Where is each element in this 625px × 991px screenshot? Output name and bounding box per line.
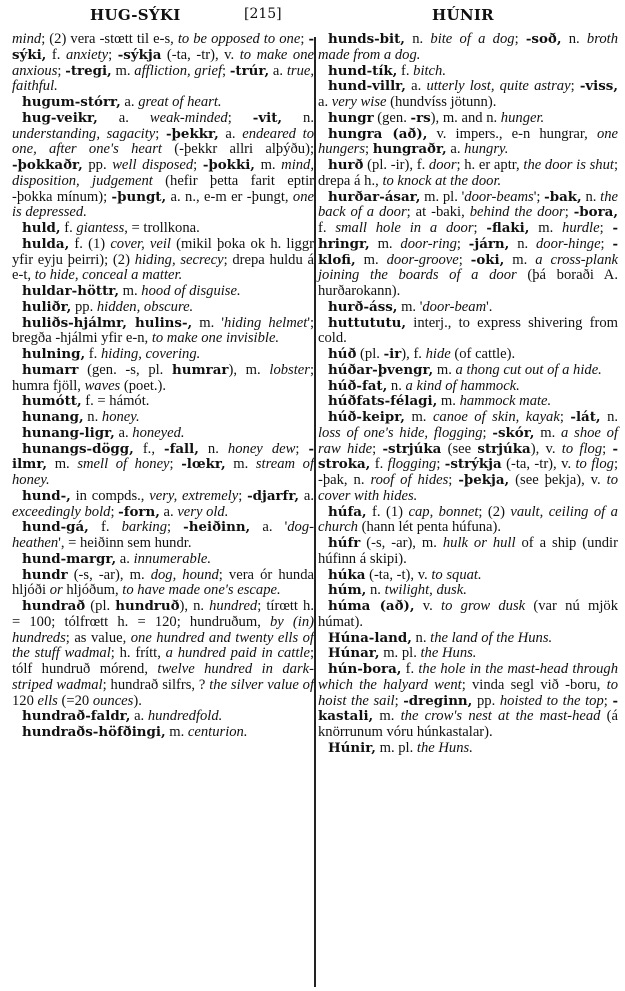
headword: humótt, (22, 393, 82, 409)
gloss: hidden, obscure. (97, 299, 193, 315)
headword: hundrað-faldr, (22, 708, 130, 724)
entry-text: ; hundrað silfrs, ? (103, 677, 210, 693)
dictionary-entry: hundraðs-höfðingi, m. centurion. (12, 725, 314, 741)
dictionary-entry: hulda, f. (1) cover, veil (mikil þoka ok… (12, 237, 314, 284)
gloss: hiding helmet (224, 315, 307, 331)
gloss: hundred (209, 598, 257, 614)
entry-text: in compds., (71, 488, 149, 504)
entry-text: pp. (83, 157, 112, 173)
entry-text: m. ' (397, 299, 422, 315)
entry-text: m. (370, 236, 401, 252)
entry-text: (see (441, 441, 477, 457)
gloss: giantess (76, 220, 124, 236)
headword: -sýkja (118, 47, 162, 63)
entry-text: (pl. -ir), f. (363, 157, 428, 173)
dictionary-entry: húm, n. twilight, dusk. (318, 583, 618, 599)
gloss: hulk or hull (443, 535, 516, 551)
entry-text: (see þekja), v. (509, 472, 606, 488)
entry-text: n. (601, 409, 618, 425)
gloss: very old. (177, 504, 228, 520)
gloss: a kind of hammock. (406, 378, 520, 394)
headword: -þekja, (458, 472, 509, 488)
headword: -trúr, (230, 63, 269, 79)
entry-text: f. (61, 220, 77, 236)
entry-text: (-ta, -t), v. (365, 567, 431, 583)
entry-text: ; (600, 220, 613, 236)
gloss: great of heart. (138, 94, 221, 110)
dictionary-entry: hundrað-faldr, a. hundredfold. (12, 709, 314, 725)
gloss: hungry. (464, 141, 508, 157)
entry-text: n. (282, 110, 314, 126)
headword: hund-margr, (22, 551, 116, 567)
entry-text: a. (98, 110, 150, 126)
gloss: honey dew (228, 441, 295, 457)
gloss: twilight, dusk. (385, 582, 467, 598)
headword: Húnar, (328, 645, 380, 661)
gloss: the crow's nest at the mast-head (401, 708, 601, 724)
entry-text: m. ' (192, 315, 224, 331)
entry-text: (gen. -s, pl. (78, 362, 172, 378)
gloss: hundredfold. (148, 708, 222, 724)
entry-text: ), m. and n. (431, 110, 501, 126)
gloss: door-hinge (536, 236, 601, 252)
gloss: to make one invisible. (152, 330, 279, 346)
entry-text: (-s, -ar), m. (360, 535, 443, 551)
entry-text: (hundvíss jötunn). (387, 94, 497, 110)
entry-text: n. (509, 236, 536, 252)
dictionary-entry: hugum-stórr, a. great of heart. (12, 95, 314, 111)
entry-text: (-ta, -tr), v. (161, 47, 239, 63)
entry-text: ; (2) vera -stœtt til e-s, (41, 31, 178, 47)
entry-text: hljóðum, (63, 582, 123, 598)
headword: hund-, (22, 488, 71, 504)
entry-text: m. (405, 409, 433, 425)
entry-text: m. pl. (376, 740, 417, 756)
entry-text: ; (372, 441, 382, 457)
gloss: hiding, secrecy (135, 252, 224, 268)
gloss: hammock mate. (460, 393, 552, 409)
dictionary-entry: hund-tík, f. bitch. (318, 64, 618, 80)
headword: huld, (22, 220, 61, 236)
entry-text: a. ' (250, 519, 287, 535)
entry-text: ; (193, 157, 203, 173)
entry-text: n. (387, 378, 405, 394)
gloss: the Huns. (421, 645, 477, 661)
entry-text: f., (134, 441, 164, 457)
headword: hungra (að), (328, 126, 427, 142)
entry-text: a. (115, 425, 132, 441)
dictionary-entry: húma (að), v. to grow dusk (var nú mjök … (318, 599, 618, 631)
entry-text: ; (295, 441, 308, 457)
headword: húka (328, 567, 365, 583)
dictionary-entry: hund-villr, a. utterly lost, quite astra… (318, 79, 618, 111)
entry-text: m. (255, 157, 281, 173)
entry-text: ; (155, 126, 166, 142)
gloss: mind (12, 31, 41, 47)
headword: hundraðs-höfðingi, (22, 724, 166, 740)
headword: -heiðinn, (183, 519, 250, 535)
gloss: understanding, sagacity (12, 126, 155, 142)
headword: hundrað (22, 598, 85, 614)
entry-text: m. (534, 425, 561, 441)
dictionary-entry: huliðs-hjálmr, hulins-, m. 'hiding helme… (12, 316, 314, 348)
headword: huttututu, (328, 315, 406, 331)
gloss: ounces (93, 693, 134, 709)
headword: hungr (328, 110, 374, 126)
headword: -þokki, (203, 157, 255, 173)
headword: -forn, (118, 504, 160, 520)
gloss: dog, hound (151, 567, 219, 583)
headword: -lœkr, (181, 456, 225, 472)
headword: -ir (384, 346, 402, 362)
gloss: utterly lost, quite astray (426, 78, 570, 94)
dictionary-page: HUG-SÝKI [215] HÚNIR mind; (2) vera -stœ… (0, 0, 625, 991)
gloss: weak-minded (150, 110, 228, 126)
dictionary-entry: hug-veikr, a. weak-minded; -vit, n. unde… (12, 111, 314, 221)
headword: hundruð (115, 598, 179, 614)
entry-text: m. (166, 724, 188, 740)
entry-text: v. impers., e-n hungrar, (427, 126, 597, 142)
dictionary-entry: húðfats-félagi, m. hammock mate. (318, 394, 618, 410)
gloss: very, extremely (149, 488, 238, 504)
gloss: door-ring (400, 236, 456, 252)
column-divider (314, 37, 316, 987)
headword: húma (að), (328, 598, 415, 614)
entry-text: ; (601, 236, 613, 252)
entry-text: ; (238, 488, 247, 504)
gloss: a thong cut out of a hide. (456, 362, 602, 378)
entry-text: ; (483, 425, 493, 441)
entry-text: ; (365, 141, 373, 157)
headword: -soð, (526, 31, 562, 47)
running-head-left: HUG-SÝKI (90, 6, 181, 24)
headword: húfa, (328, 504, 367, 520)
entry-text: ), m. (228, 362, 269, 378)
gloss: flogging (388, 456, 437, 472)
running-head-right: HÚNIR (432, 6, 494, 24)
entry-text: ; (571, 78, 580, 94)
dictionary-entry: hulning, f. hiding, covering. (12, 347, 314, 363)
headword: hunds-bit, (328, 31, 405, 47)
headword: -dreginn, (403, 693, 472, 709)
gloss: door-beam (422, 299, 486, 315)
gloss: loss of one's hide, flogging (318, 425, 483, 441)
gloss: hood of disguise. (141, 283, 240, 299)
entry-text: m. (437, 393, 459, 409)
gloss: small hole in a door (335, 220, 473, 236)
entry-text: f. (397, 63, 413, 79)
headword: húð-keipr, (328, 409, 405, 425)
entry-text: (poet.). (120, 378, 166, 394)
entry-text: (gen. (374, 110, 411, 126)
entry-text: m. (119, 283, 141, 299)
gloss: anxiety (66, 47, 108, 63)
dictionary-entry: Húnar, m. pl. the Huns. (318, 646, 618, 662)
dictionary-entry: huttututu, interj., to express shivering… (318, 316, 618, 348)
gloss: lobster (269, 362, 310, 378)
dictionary-entry: húð-fat, n. a kind of hammock. (318, 379, 618, 395)
headword: humrar (172, 362, 228, 378)
gloss: cover, veil (110, 236, 171, 252)
dictionary-entry: húfa, f. (1) cap, bonnet; (2) vault, cei… (318, 505, 618, 537)
headword: húm, (328, 582, 366, 598)
gloss: honeyed. (132, 425, 184, 441)
headword: húðfats-félagi, (328, 393, 437, 409)
gloss: the Huns. (417, 740, 473, 756)
dictionary-entry: hungra (að), v. impers., e-n hungrar, on… (318, 127, 618, 159)
dictionary-entry: hurðar-ásar, m. pl. 'door-beams'; -bak, … (318, 190, 618, 300)
entry-text: m. (433, 362, 455, 378)
dictionary-entry: hundr (-s, -ar), m. dog, hound; vera ór … (12, 568, 314, 600)
dictionary-entry: húð (pl. -ir), f. hide (of cattle). (318, 347, 618, 363)
dictionary-entry: hund-gá, f. barking; -heiðinn, a. 'dog-h… (12, 520, 314, 552)
entry-text: (pl. (85, 598, 115, 614)
entry-text: a. (406, 78, 427, 94)
entry-text: n. (412, 630, 430, 646)
gloss: waves (85, 378, 121, 394)
dictionary-entry: húfr (-s, -ar), m. hulk or hull of a shi… (318, 536, 618, 568)
entry-text: (pl. (356, 346, 383, 362)
entry-text: a. (318, 94, 332, 110)
headword: hurð-áss, (328, 299, 397, 315)
headword: -vit, (253, 110, 282, 126)
entry-text: m. pl. ' (420, 189, 464, 205)
gloss: innumerable. (134, 551, 211, 567)
headword: húð-fat, (328, 378, 387, 394)
gloss: honey. (102, 409, 140, 425)
entry-text: ; vinda segl við -boru, (462, 677, 607, 693)
headword: -fall, (164, 441, 199, 457)
entry-text: (-þekkr allri alþýðu); (162, 141, 314, 157)
entry-text: (hann lét penta húfuna). (358, 519, 501, 535)
headword: -þungt, (112, 189, 167, 205)
entry-text: pp. (472, 693, 500, 709)
entry-text: f. = hámót. (82, 393, 150, 409)
entry-text: ; h. er aptr, (457, 157, 524, 173)
headword: hug-veikr, (22, 110, 98, 126)
dictionary-entry: Húna-land, n. the land of the Huns. (318, 631, 618, 647)
headword: húðar-þvengr, (328, 362, 433, 378)
headword: -strýkja (445, 456, 502, 472)
headword: -tregi, (65, 63, 111, 79)
headword: -rs (411, 110, 431, 126)
headword: humarr (22, 362, 78, 378)
entry-text: m. (47, 456, 77, 472)
headword: huliðr, (22, 299, 71, 315)
entry-text: pp. (71, 299, 97, 315)
dictionary-entry: hunangs-dögg, f., -fall, n. honey dew; -… (12, 442, 314, 489)
entry-text: a. (269, 63, 287, 79)
headword: Húna-land, (328, 630, 412, 646)
gloss: hide (426, 346, 451, 362)
entry-continuation: mind; (2) vera -stœtt til e-s, to be opp… (12, 32, 314, 95)
dictionary-entry: huldar-höttr, m. hood of disguise. (12, 284, 314, 300)
gloss: exceedingly bold (12, 504, 110, 520)
entry-text: ; (474, 220, 487, 236)
dictionary-entry: humótt, f. = hámót. (12, 394, 314, 410)
entry-text: ; (395, 693, 404, 709)
gloss: roof of hides (370, 472, 448, 488)
headword: hulda, (22, 236, 69, 252)
entry-text: n. (582, 189, 600, 205)
headword: húfr (328, 535, 360, 551)
dictionary-entry: hurð (pl. -ir), f. door; h. er aptr, the… (318, 158, 618, 190)
entry-text: ), n. (180, 598, 210, 614)
headword: -skór, (492, 425, 534, 441)
entry-text: f. (401, 661, 418, 677)
entry-text: f. (46, 47, 66, 63)
entry-text: (=20 (58, 693, 93, 709)
gloss: bitch. (413, 63, 446, 79)
gloss: to flog (562, 441, 602, 457)
gloss: the silver value of (209, 677, 314, 693)
gloss: to flog (576, 456, 614, 472)
headword: -lát, (570, 409, 600, 425)
dictionary-entry: hundrað (pl. hundruð), n. hundred; tírœt… (12, 599, 314, 709)
headword: -bora, (574, 204, 618, 220)
gloss: ells (38, 693, 58, 709)
gloss: hoisted to the top (500, 693, 604, 709)
entry-text: a. (219, 126, 242, 142)
gloss: hiding, covering. (101, 346, 200, 362)
headword: hulning, (22, 346, 85, 362)
entry-text: ; (602, 441, 612, 457)
entry-text: f. (85, 346, 101, 362)
entry-text: ), v. (531, 441, 562, 457)
gloss: to squat. (431, 567, 481, 583)
entry-text: ). (133, 693, 142, 709)
entry-text: f. (370, 456, 387, 472)
entry-text: (of cattle). (451, 346, 515, 362)
dictionary-entry: hurð-áss, m. 'door-beam'. (318, 300, 618, 316)
entry-text: m. pl. (380, 645, 421, 661)
headword: hungraðr, (373, 141, 447, 157)
gloss: centurion. (188, 724, 248, 740)
gloss: to have made one's escape. (122, 582, 280, 598)
gloss: well disposed (112, 157, 193, 173)
entry-text: n. (366, 582, 384, 598)
entry-text: 120 (12, 693, 38, 709)
headword: -strjúka (382, 441, 441, 457)
entry-text: (-ta, -tr), v. (502, 456, 576, 472)
gloss: or (50, 582, 63, 598)
headword: hundr (22, 567, 68, 583)
entry-text: n. (405, 31, 430, 47)
gloss: canoe of skin, kayak (433, 409, 560, 425)
dictionary-entry: húka (-ta, -t), v. to squat. (318, 568, 618, 584)
dictionary-entry: húðar-þvengr, m. a thong cut out of a hi… (318, 363, 618, 379)
left-column: mind; (2) vera -stœtt til e-s, to be opp… (12, 32, 314, 741)
headword: hund-tík, (328, 63, 397, 79)
entry-text: ; (459, 252, 471, 268)
entry-text: ; (222, 63, 230, 79)
dictionary-entry: Húnir, m. pl. the Huns. (318, 741, 618, 757)
headword: hurðar-ásar, (328, 189, 420, 205)
headword: hunang, (22, 409, 84, 425)
headword: hugum-stórr, (22, 94, 121, 110)
entry-text: '. (486, 299, 492, 315)
headword: -bak, (544, 189, 582, 205)
gloss: behind the door (470, 204, 565, 220)
dictionary-entry: hund-, in compds., very, extremely; -dja… (12, 489, 314, 521)
entry-text: ; (560, 409, 571, 425)
entry-text: m. (226, 456, 256, 472)
headword: strjúka (477, 441, 530, 457)
entry-text: f. (1) (69, 236, 110, 252)
gloss: very wise (332, 94, 387, 110)
dictionary-entry: humarr (gen. -s, pl. humrar), m. lobster… (12, 363, 314, 395)
headword: -viss, (580, 78, 618, 94)
headword: hund-villr, (328, 78, 406, 94)
right-column: hunds-bit, n. bite of a dog; -soð, n. br… (318, 32, 618, 757)
gloss: door-beams (464, 189, 533, 205)
entry-text: ; (167, 519, 183, 535)
entry-text: ; (565, 204, 574, 220)
entry-text: m. (112, 63, 135, 79)
headword: -flaki, (486, 220, 529, 236)
entry-text: ; h. frítt, (111, 645, 166, 661)
gloss: door (429, 157, 457, 173)
headword: -þekkr, (166, 126, 219, 142)
entry-text: ; (2) (478, 504, 510, 520)
entry-text: a. (130, 708, 147, 724)
headword: -járn, (469, 236, 510, 252)
entry-text: v. (415, 598, 442, 614)
entry-text: n. (561, 31, 586, 47)
headword: hunang-ligr, (22, 425, 115, 441)
headword: húð (328, 346, 356, 362)
gloss: barking (122, 519, 167, 535)
page-number: [215] (244, 6, 282, 22)
entry-text: ; (515, 31, 526, 47)
entry-text: n. (199, 441, 228, 457)
entry-text: ), f. (401, 346, 425, 362)
gloss: a hundred paid in cattle (166, 645, 310, 661)
gloss: the door is shut (523, 157, 614, 173)
entry-text: ; (228, 110, 253, 126)
entry-text: (-s, -ar), m. (68, 567, 151, 583)
entry-text: a. (447, 141, 464, 157)
gloss: the land of the Huns. (430, 630, 552, 646)
gloss: hunger. (501, 110, 544, 126)
entry-text: ; (457, 236, 469, 252)
gloss: to hide, conceal a matter. (35, 267, 183, 283)
entry-text: a. (116, 551, 133, 567)
entry-text: m. (529, 220, 562, 236)
running-head: HUG-SÝKI [215] HÚNIR (0, 4, 625, 26)
entry-text: ; (108, 47, 118, 63)
entry-text: m. (356, 252, 387, 268)
entry-text: ; at -baki, (407, 204, 470, 220)
headword: hunangs-dögg, (22, 441, 134, 457)
dictionary-entry: hungr (gen. -rs), m. and n. hunger. (318, 111, 618, 127)
gloss: cap, bonnet (409, 504, 479, 520)
gloss: affliction, grief (134, 63, 222, 79)
gloss: door-groove (387, 252, 459, 268)
entry-text: ', = heiðinn sem hundr. (58, 535, 191, 551)
dictionary-entry: hún-bora, f. the hole in the mast-head t… (318, 662, 618, 741)
entry-text: ; as value, (66, 630, 131, 646)
entry-text: a. (160, 504, 177, 520)
headword: -oki, (471, 252, 505, 268)
dictionary-entry: hunds-bit, n. bite of a dog; -soð, n. br… (318, 32, 618, 64)
headword: -þokkaðr, (12, 157, 83, 173)
gloss: to be opposed to one (178, 31, 300, 47)
headword: hund-gá, (22, 519, 89, 535)
gloss: to grow dusk (441, 598, 525, 614)
entry-text: ; (436, 456, 444, 472)
entry-text: '; (534, 189, 544, 205)
